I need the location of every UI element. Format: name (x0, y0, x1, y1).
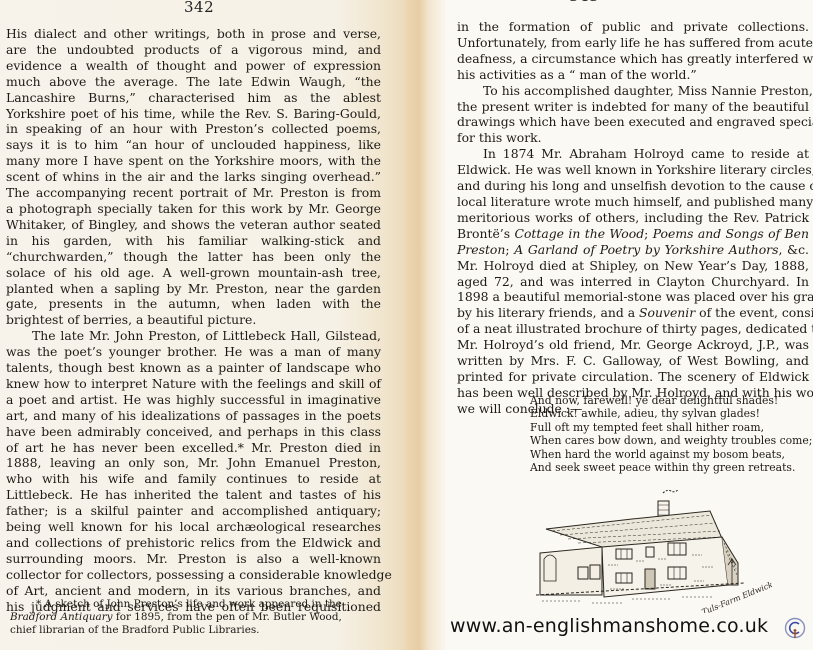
text-line: aged 72, and was interred in Clayton Chu… (457, 274, 809, 290)
text-line: was the poet’s younger brother. He was a… (6, 344, 381, 360)
text-line: his activities as a “ man of the world.” (457, 67, 809, 83)
text-line: Brontë’s Cottage in the Wood; Poems and … (457, 226, 809, 242)
text-line: the present writer is indebted for many … (457, 99, 809, 115)
paragraph-start: The late Mr. John Preston, of Littlebeck… (6, 328, 381, 344)
footnote-line: * A sketch of John Preston’s life and wo… (10, 598, 380, 611)
copyright-figure-icon (784, 617, 806, 639)
text-line: deafness, a circumstance which has great… (457, 51, 809, 67)
book-spread: 342 His dialect and other writings, both… (0, 0, 813, 650)
text-line: have been admirably conceived, and perha… (6, 424, 381, 440)
farmhouse-sketch: Tuls-Farm Eldwick (532, 485, 772, 613)
text-line: Eldwick. He was well known in Yorkshire … (457, 162, 809, 178)
text-line: of Art, ancient and modern, in its vario… (6, 583, 381, 599)
text-line: “churchwarden,” though the latter has be… (6, 249, 381, 265)
book-title: A Garland of Poetry by Yorkshire Authors (514, 242, 778, 257)
poem-line: And now, farewell! ye dear delightful sh… (530, 394, 812, 407)
text-line: meritorious works of others, including t… (457, 210, 809, 226)
footnote-line: Bradford Antiquary for 1895, from the pe… (10, 611, 380, 624)
text-line: Lancashire Burns,” characterised him as … (6, 90, 381, 106)
footnote-text: for 1895, from the pen of Mr. Butler Woo… (113, 611, 342, 623)
text-line: father; is a skilful painter and accompl… (6, 503, 381, 519)
text-line: brightest of berries, a beautiful pictur… (6, 312, 381, 328)
book-title: Cottage in the Wood (514, 226, 644, 241)
text-line: Mr. Holroyd’s old friend, Mr. George Ack… (457, 337, 809, 353)
text-fragment: , &c. (778, 242, 809, 257)
book-title: Souvenir (639, 305, 695, 320)
text-line: The accompanying recent portrait of Mr. … (6, 185, 381, 201)
text-line: solace of his old age. A well-grown moun… (6, 265, 381, 281)
book-title: Preston (457, 242, 505, 257)
text-line: Littlebeck. He has inherited the talent … (6, 487, 381, 503)
text-line: Yorkshire poet of his time, while the Re… (6, 106, 381, 122)
text-line: printed for private circulation. The sce… (457, 369, 809, 385)
footnote-line: chief librarian of the Bradford Public L… (10, 624, 380, 637)
text-fragment: of the event, consisting (695, 305, 813, 320)
text-line: by his literary friends, and a Souvenir … (457, 305, 809, 321)
left-page: 342 His dialect and other writings, both… (0, 0, 420, 650)
text-line: in his garden, with his familiar walking… (6, 233, 381, 249)
text-line: talents, though best known as a painter … (6, 360, 381, 376)
text-line: written by Mrs. F. C. Galloway, of West … (457, 353, 809, 369)
text-line: says it is to him “an hour of unclouded … (6, 137, 381, 153)
publication-title: Bradford Antiquary (10, 611, 113, 623)
poem-line: And seek sweet peace within thy green re… (530, 461, 812, 474)
text-line: Unfortunately, from early life he has su… (457, 35, 809, 51)
text-line: of art he has never been excelled.* Mr. … (6, 440, 381, 456)
text-line: for this work. (457, 130, 809, 146)
text-line: 1888, leaving an only son, Mr. John Eman… (6, 455, 381, 471)
left-page-body: His dialect and other writings, both in … (6, 26, 381, 615)
text-line: Whitaker, of Bingley, and shows the vete… (6, 217, 381, 233)
book-title: Poems and Songs of Ben (653, 226, 809, 241)
page-number-left: 342 (184, 0, 214, 16)
poem-line: When cares bow down, and weighty trouble… (530, 434, 812, 447)
text-line: Mr. Holroyd died at Shipley, on New Year… (457, 258, 809, 274)
poem-stanza: And now, farewell! ye dear delightful sh… (530, 394, 812, 474)
text-line: in speaking of an hour with Preston’s co… (6, 121, 381, 137)
text-line: gate, presents in the autumn, when laden… (6, 296, 381, 312)
paragraph-start: In 1874 Mr. Abraham Holroyd came to resi… (457, 146, 809, 162)
text-line: knew how to interpret Nature with the fe… (6, 376, 381, 392)
poem-line: Full oft my tempted feet shall hither ro… (530, 421, 812, 434)
text-fragment: ; (644, 226, 653, 241)
text-line: and collections of prehistoric relics fr… (6, 535, 381, 551)
text-line: 1898 a beautiful memorial-stone was plac… (457, 289, 809, 305)
text-line: local literature wrote much himself, and… (457, 194, 809, 210)
text-line: being well known for his local archæolog… (6, 519, 381, 535)
text-line: evidence a wealth of thought and power o… (6, 58, 381, 74)
text-line: many more I have spent on the Yorkshire … (6, 153, 381, 169)
text-line: art, and many of his idealizations of pa… (6, 408, 381, 424)
footnote: * A sketch of John Preston’s life and wo… (10, 598, 380, 637)
text-line: and during his long and unselfish devoti… (457, 178, 809, 194)
text-line: much above the average. The late Edwin W… (6, 74, 381, 90)
text-line: a photograph specially taken for this wo… (6, 201, 381, 217)
text-line: who with his wife and family continues t… (6, 471, 381, 487)
text-fragment: ; (505, 242, 514, 257)
text-line: His dialect and other writings, both in … (6, 26, 381, 42)
poem-line: When hard the world against my bosom bea… (530, 448, 812, 461)
right-page-body: in the formation of public and private c… (457, 19, 809, 417)
text-line: are the undoubted products of a vigorous… (6, 42, 381, 58)
book-gutter (405, 0, 445, 650)
text-fragment: Brontë’s (457, 226, 514, 241)
text-line: surrounding moors. Mr. Preston is also a… (6, 551, 381, 567)
text-line: collector for collectors, possessing a c… (6, 567, 381, 583)
website-watermark: www.an-englishmanshome.co.uk (450, 615, 768, 637)
right-page: 343 in the formation of public and priva… (445, 0, 813, 650)
paragraph-start: To his accomplished daughter, Miss Nanni… (457, 83, 809, 99)
text-line: planted when a sapling by Mr. Preston, n… (6, 281, 381, 297)
text-line: Preston; A Garland of Poetry by Yorkshir… (457, 242, 809, 258)
text-line: of a neat illustrated brochure of thirty… (457, 321, 809, 337)
text-line: scent of whins in the air and the larks … (6, 169, 381, 185)
poem-line: Eldwick! awhile, adieu, thy sylvan glade… (530, 407, 812, 420)
text-fragment: by his literary friends, and a (457, 305, 639, 320)
page-number-right: 343 (569, 0, 599, 5)
text-line: drawings which have been executed and en… (457, 114, 809, 130)
text-line: a poet and artist. He was highly success… (6, 392, 381, 408)
text-line: in the formation of public and private c… (457, 19, 809, 35)
